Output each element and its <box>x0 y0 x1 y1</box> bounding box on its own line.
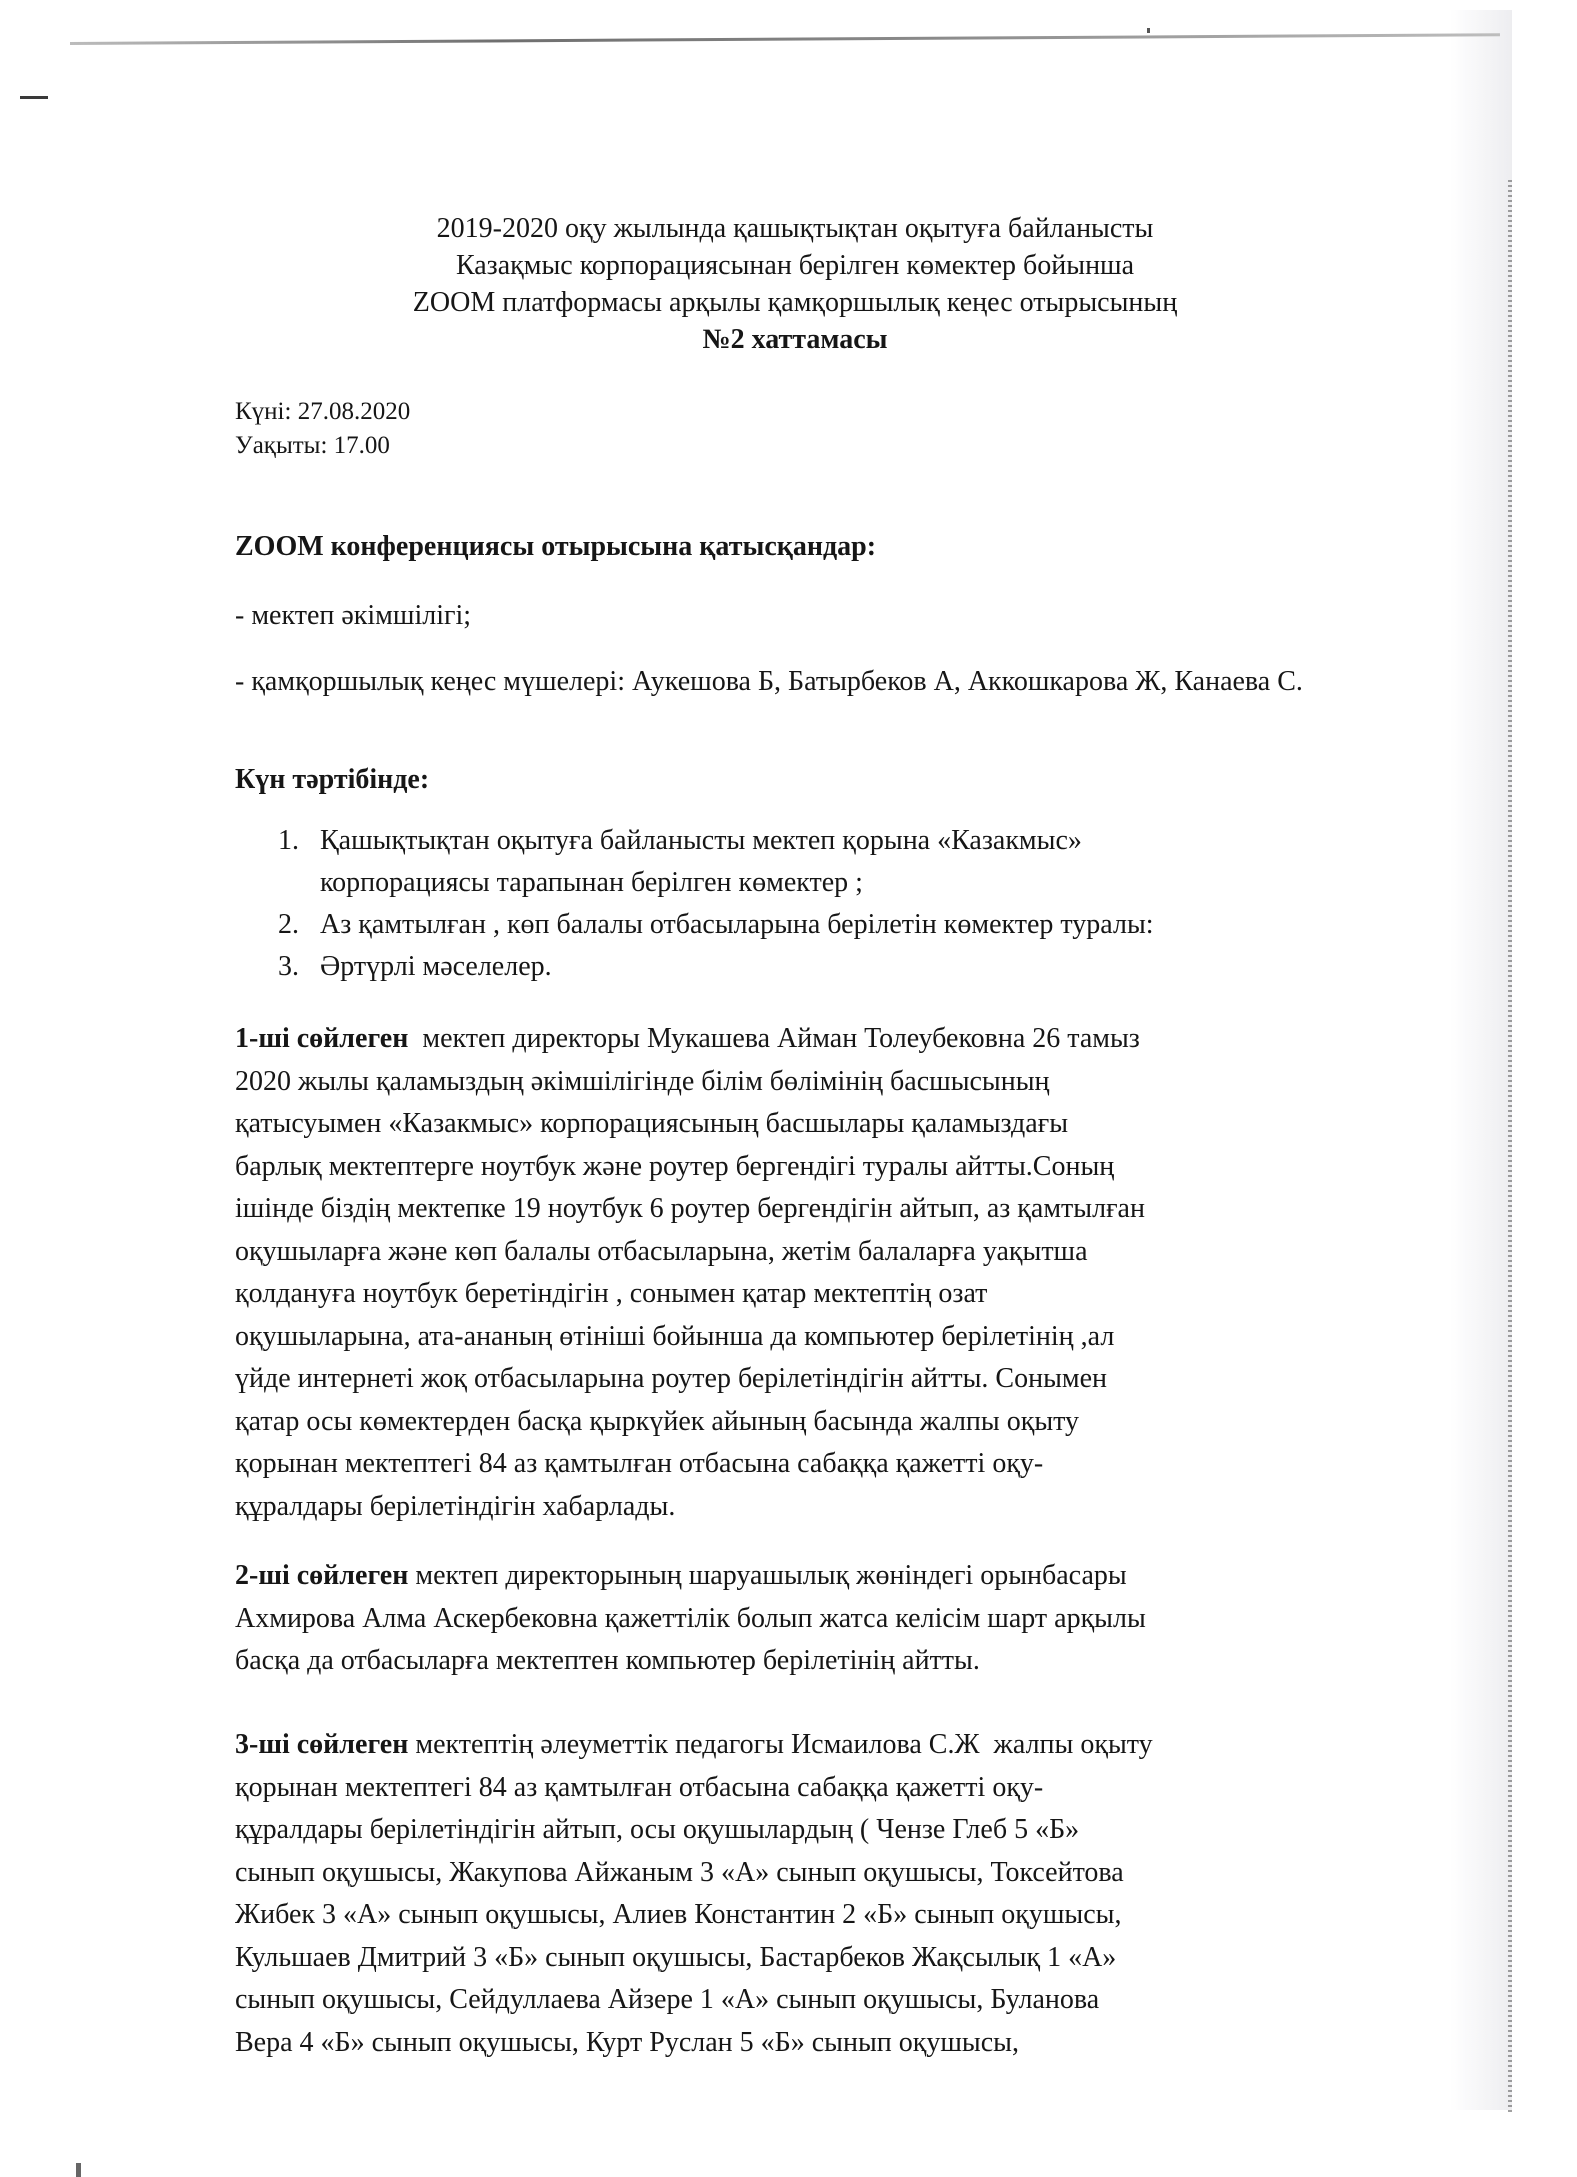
speech-line: ішінде біздің мектепке 19 ноутбук 6 роут… <box>235 1188 1410 1231</box>
speech-line: үйде интернеті жоқ отбасыларына роутер б… <box>235 1358 1410 1401</box>
agenda-number: 2. <box>278 904 299 946</box>
speech-line: қатар осы көмектерден басқа қыркүйек айы… <box>235 1401 1410 1444</box>
speech-line: қолдануға ноутбук беретіндігін , сонымен… <box>235 1273 1410 1316</box>
speech-paragraph: 1-ші сөйлеген мектеп директоры Мукашева … <box>235 1018 1410 1528</box>
attendee-item: - мектеп әкімшілігі; <box>235 600 471 632</box>
speech-line: қатысуымен «Казакмыс» корпорациясының ба… <box>235 1103 1410 1146</box>
agenda-item: 1. Қашықтықтан оқытуға байланысты мектеп… <box>235 820 1415 904</box>
speaker-label: 2-ші сөйлеген <box>235 1560 408 1591</box>
speech-line: қорынан мектептегі 84 аз қамтылған отбас… <box>235 1443 1410 1486</box>
agenda-text: Әртүрлі мәселелер. <box>320 946 1415 988</box>
protocol-number: №2 хаттамасы <box>235 321 1355 358</box>
agenda-item: 2. Аз қамтылған , көп балалы отбасыларын… <box>235 904 1415 946</box>
title-line: 2019-2020 оқу жылында қашықтықтан оқытуғ… <box>235 210 1355 247</box>
speech-line: сынып оқушысы, Сейдуллаева Айзере 1 «А» … <box>235 1979 1410 2022</box>
agenda-text: Қашықтықтан оқытуға байланысты мектеп қо… <box>320 820 1415 862</box>
title-line: Казақмыс корпорациясынан берілген көмект… <box>235 247 1355 284</box>
scanned-page: 2019-2020 оқу жылында қашықтықтан оқытуғ… <box>0 0 1577 2177</box>
meeting-meta: Күні: 27.08.2020 Уақыты: 17.00 <box>235 395 410 463</box>
scan-mark <box>20 96 48 99</box>
agenda-number: 1. <box>278 820 299 862</box>
speech-line: оқушыларына, ата-ананың өтініші бойынша … <box>235 1316 1410 1359</box>
scan-mark-bottom <box>76 2163 81 2177</box>
speech-line: Жибек 3 «А» сынып оқушысы, Алиев Констан… <box>235 1894 1410 1937</box>
attendees-heading: ZOOM конференциясы отырысына қатысқандар… <box>235 531 876 563</box>
speech-text: мектеп директоры Мукашева Айман Толеубек… <box>408 1023 1140 1054</box>
scan-speck <box>1147 28 1150 33</box>
speech-line: құралдары берілетіндігін хабарлады. <box>235 1486 1410 1529</box>
speech-text: мектептің әлеуметтік педагогы Исмаилова … <box>408 1729 1152 1760</box>
agenda-text: Аз қамтылған , көп балалы отбасыларына б… <box>320 904 1415 946</box>
speech-paragraph: 2-ші сөйлеген мектеп директорының шаруаш… <box>235 1555 1410 1683</box>
speech-line: барлық мектептерге ноутбук және роутер б… <box>235 1146 1410 1189</box>
document-title: 2019-2020 оқу жылында қашықтықтан оқытуғ… <box>235 210 1355 358</box>
agenda-list: 1. Қашықтықтан оқытуға байланысты мектеп… <box>235 820 1415 988</box>
speech-line: оқушыларға және көп балалы отбасыларына,… <box>235 1231 1410 1274</box>
speech-line: 1-ші сөйлеген мектеп директоры Мукашева … <box>235 1018 1410 1061</box>
speech-line: 3-ші сөйлеген мектептің әлеуметтік педаг… <box>235 1724 1410 1767</box>
speaker-label: 3-ші сөйлеген <box>235 1729 408 1760</box>
scan-shadow <box>1450 10 1512 2110</box>
speaker-label: 1-ші сөйлеген <box>235 1023 408 1054</box>
agenda-heading: Күн тәртібінде: <box>235 764 429 796</box>
speech-line: Вера 4 «Б» сынып оқушысы, Курт Руслан 5 … <box>235 2022 1410 2065</box>
speech-line: басқа да отбасыларға мектептен компьютер… <box>235 1640 1410 1683</box>
agenda-item: 3. Әртүрлі мәселелер. <box>235 946 1415 988</box>
speech-line: 2-ші сөйлеген мектеп директорының шаруаш… <box>235 1555 1410 1598</box>
speech-line: Ахмирова Алма Аскербековна қажеттілік бо… <box>235 1598 1410 1641</box>
meeting-date: Күні: 27.08.2020 <box>235 395 410 429</box>
speech-text: мектеп директорының шаруашылық жөніндегі… <box>408 1560 1126 1591</box>
title-line: ZOOM платформасы арқылы қамқоршылық кеңе… <box>235 284 1355 321</box>
agenda-number: 3. <box>278 946 299 988</box>
speech-line: қорынан мектептегі 84 аз қамтылған отбас… <box>235 1767 1410 1810</box>
attendee-item: - қамқоршылық кеңес мүшелері: Аукешова Б… <box>235 660 1395 704</box>
agenda-text: корпорациясы тарапынан берілген көмектер… <box>320 862 1415 904</box>
scan-right-edge <box>1508 180 1512 2115</box>
speech-line: құралдары берілетіндігін айтып, осы оқуш… <box>235 1809 1410 1852</box>
speech-line: Кульшаев Дмитрий 3 «Б» сынып оқушысы, Ба… <box>235 1937 1410 1980</box>
speech-line: сынып оқушысы, Жакупова Айжаным 3 «А» сы… <box>235 1852 1410 1895</box>
speech-line: 2020 жылы қаламыздың әкімшілігінде білім… <box>235 1061 1410 1104</box>
meeting-time: Уақыты: 17.00 <box>235 429 410 463</box>
speech-paragraph: 3-ші сөйлеген мектептің әлеуметтік педаг… <box>235 1724 1410 2064</box>
scan-top-edge <box>70 33 1500 45</box>
